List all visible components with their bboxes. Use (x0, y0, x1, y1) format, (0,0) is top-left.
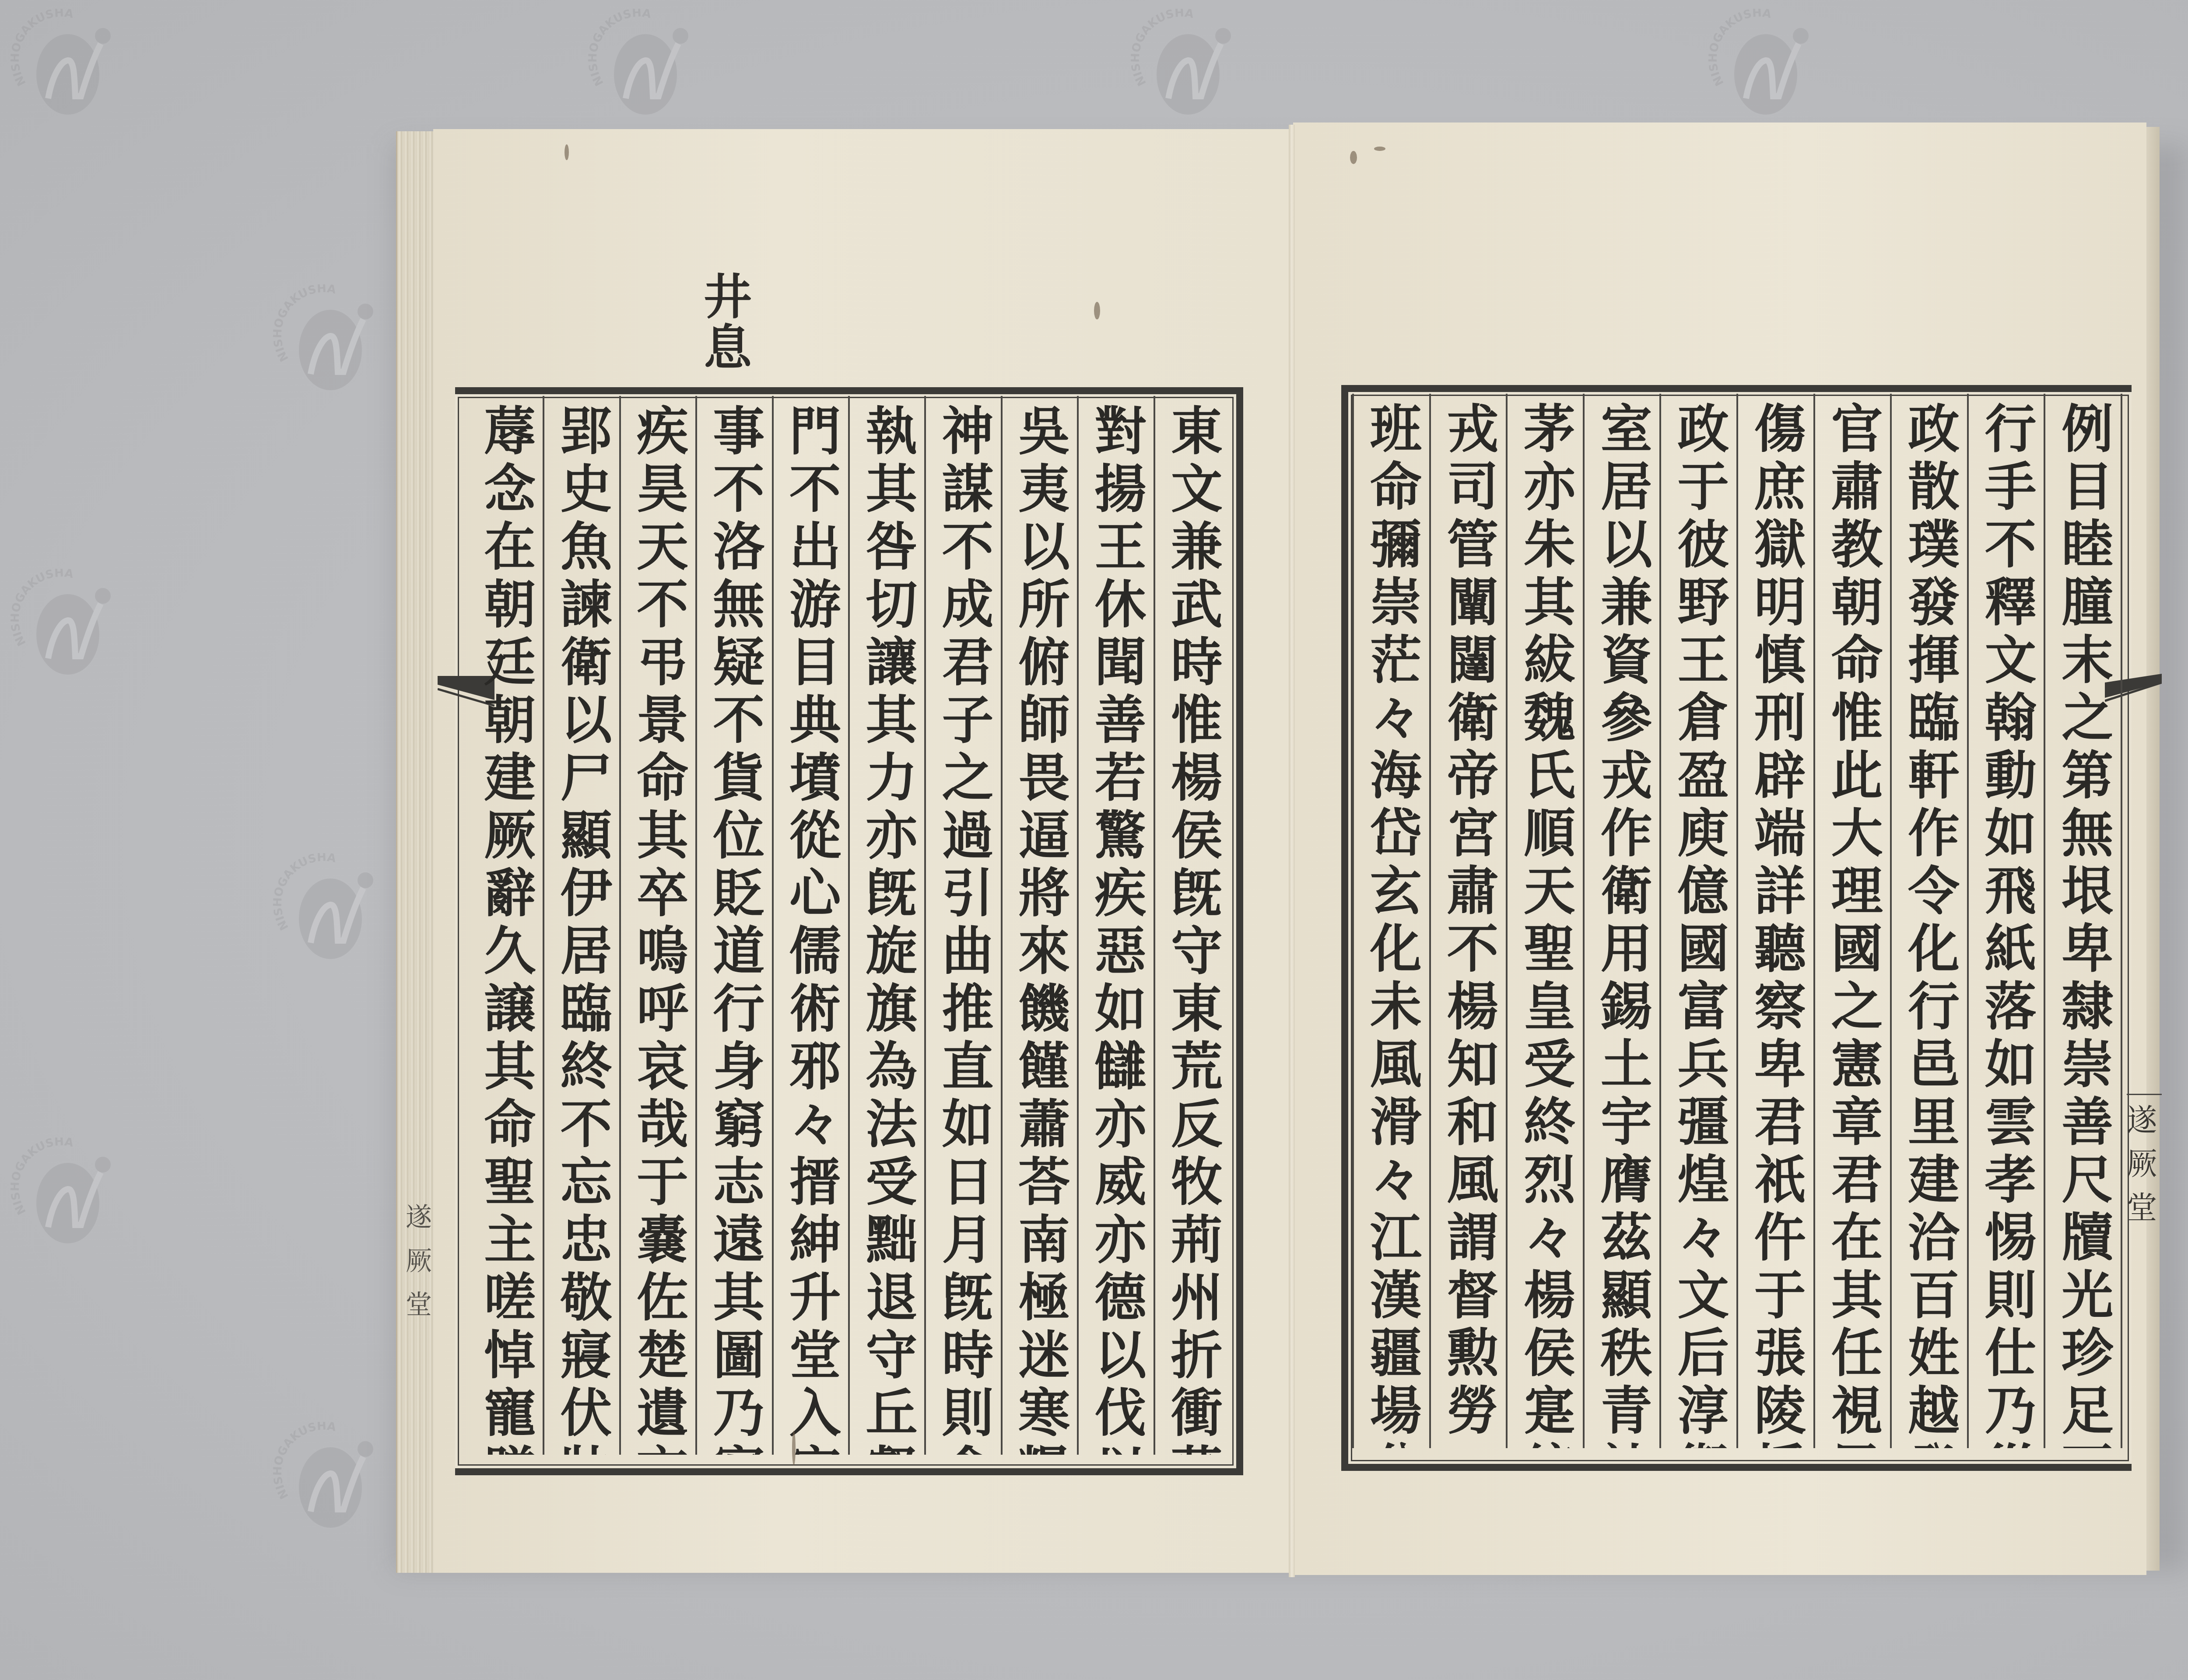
paper-speck (1374, 147, 1385, 151)
paper-speck (565, 144, 569, 160)
fore-edge-title-marks: 遂厥堂 (414, 1203, 435, 1334)
text-column: 班命彌崇茫々海岱玄化未風滑々江漢疆場分流 (1352, 394, 1429, 1448)
text-column: 政散璞發揮臨軒作令化行邑里建洽百姓越登民 (1890, 394, 1967, 1448)
book-fore-edge (396, 131, 437, 1573)
text-column: 神謀不成君子之過引曲推直如日月旣時則食旣 (924, 396, 1000, 1455)
text-column: 茅亦朱其紱魏氏順天聖皇受終烈々楊侯寔統禁 (1506, 394, 1583, 1448)
text-column: 行手不釋文翰動如飛紙落如雲孝惕則仕乃從王 (1967, 394, 2044, 1448)
text-column: 例目睦朣末之第無垠卑隸崇善尺牘光珍足不輟 (2044, 394, 2122, 1448)
text-column: 對揚王休聞善若驚疾惡如讎亦威亦德以伐以柔 (1077, 396, 1153, 1455)
text-column: 門不出游目典墳從心儒術邪々搢紳升堂入室廉 (772, 396, 848, 1455)
text-column: 執其咎切讓其力亦旣旋旗為法受黜退守丘壑杜 (848, 396, 924, 1455)
text-column: 戎司管闡闥衛帝宮肅不楊知和風謂督勲勞 (1429, 394, 1506, 1448)
right-page-text-block: 例目睦朣末之第無垠卑隸崇善尺牘光珍足不輟 行手不釋文翰動如飛紙落如雲孝惕則仕乃從… (1352, 394, 2122, 1448)
book-gutter (1289, 125, 1295, 1577)
text-column: 事不洛無疑不貨位貶道行身窮志遠其圖乃寢乃 (695, 396, 771, 1455)
text-column: 吳夷以所俯師畏逼將來饑饉蕭荅南極迷寒糧盡 (1001, 396, 1077, 1455)
text-column: 室居以兼資參戎作衛用錫土宇膺茲顯秩青社白 (1583, 394, 1660, 1448)
right-page-edge (2146, 127, 2160, 1571)
left-page-text-block: 東文兼武時惟楊侯旣守東荒反牧荊州折衝萬里 對揚王休聞善若驚疾惡如讎亦威亦德以伐以… (468, 396, 1230, 1455)
margin-annotation: 井息 (689, 271, 758, 373)
block-center-title: 遂厥堂 (2127, 1094, 2162, 1235)
paper-speck (1094, 302, 1100, 319)
text-column: 政于彼野王倉盈庾億國富兵彊煌々文后淳衛音 (1659, 394, 1736, 1448)
text-column: 疾昊天不弔景命其卒嗚呼哀哉于嚢佐楚遺言城 (619, 396, 695, 1455)
paper-speck (1350, 151, 1357, 164)
text-column: 蓐念在朝廷朝建厥辭久譲其命聖主嗟悼寵贈襄 (468, 396, 543, 1455)
text-column: 郢史魚諫衛以尸顯伊居臨終不忘忠敬寢伏牀 (543, 396, 619, 1455)
paper-speck (792, 1431, 796, 1466)
text-column: 傷庶獄明慎刑辟端詳聽察卑君祇仵于張陵援農 (1736, 394, 1813, 1448)
text-column: 官肅教朝命惟此大理國之憲章君在其任視民如 (1813, 394, 1890, 1448)
text-column: 東文兼武時惟楊侯旣守東荒反牧荊州折衝萬里 (1154, 396, 1230, 1455)
